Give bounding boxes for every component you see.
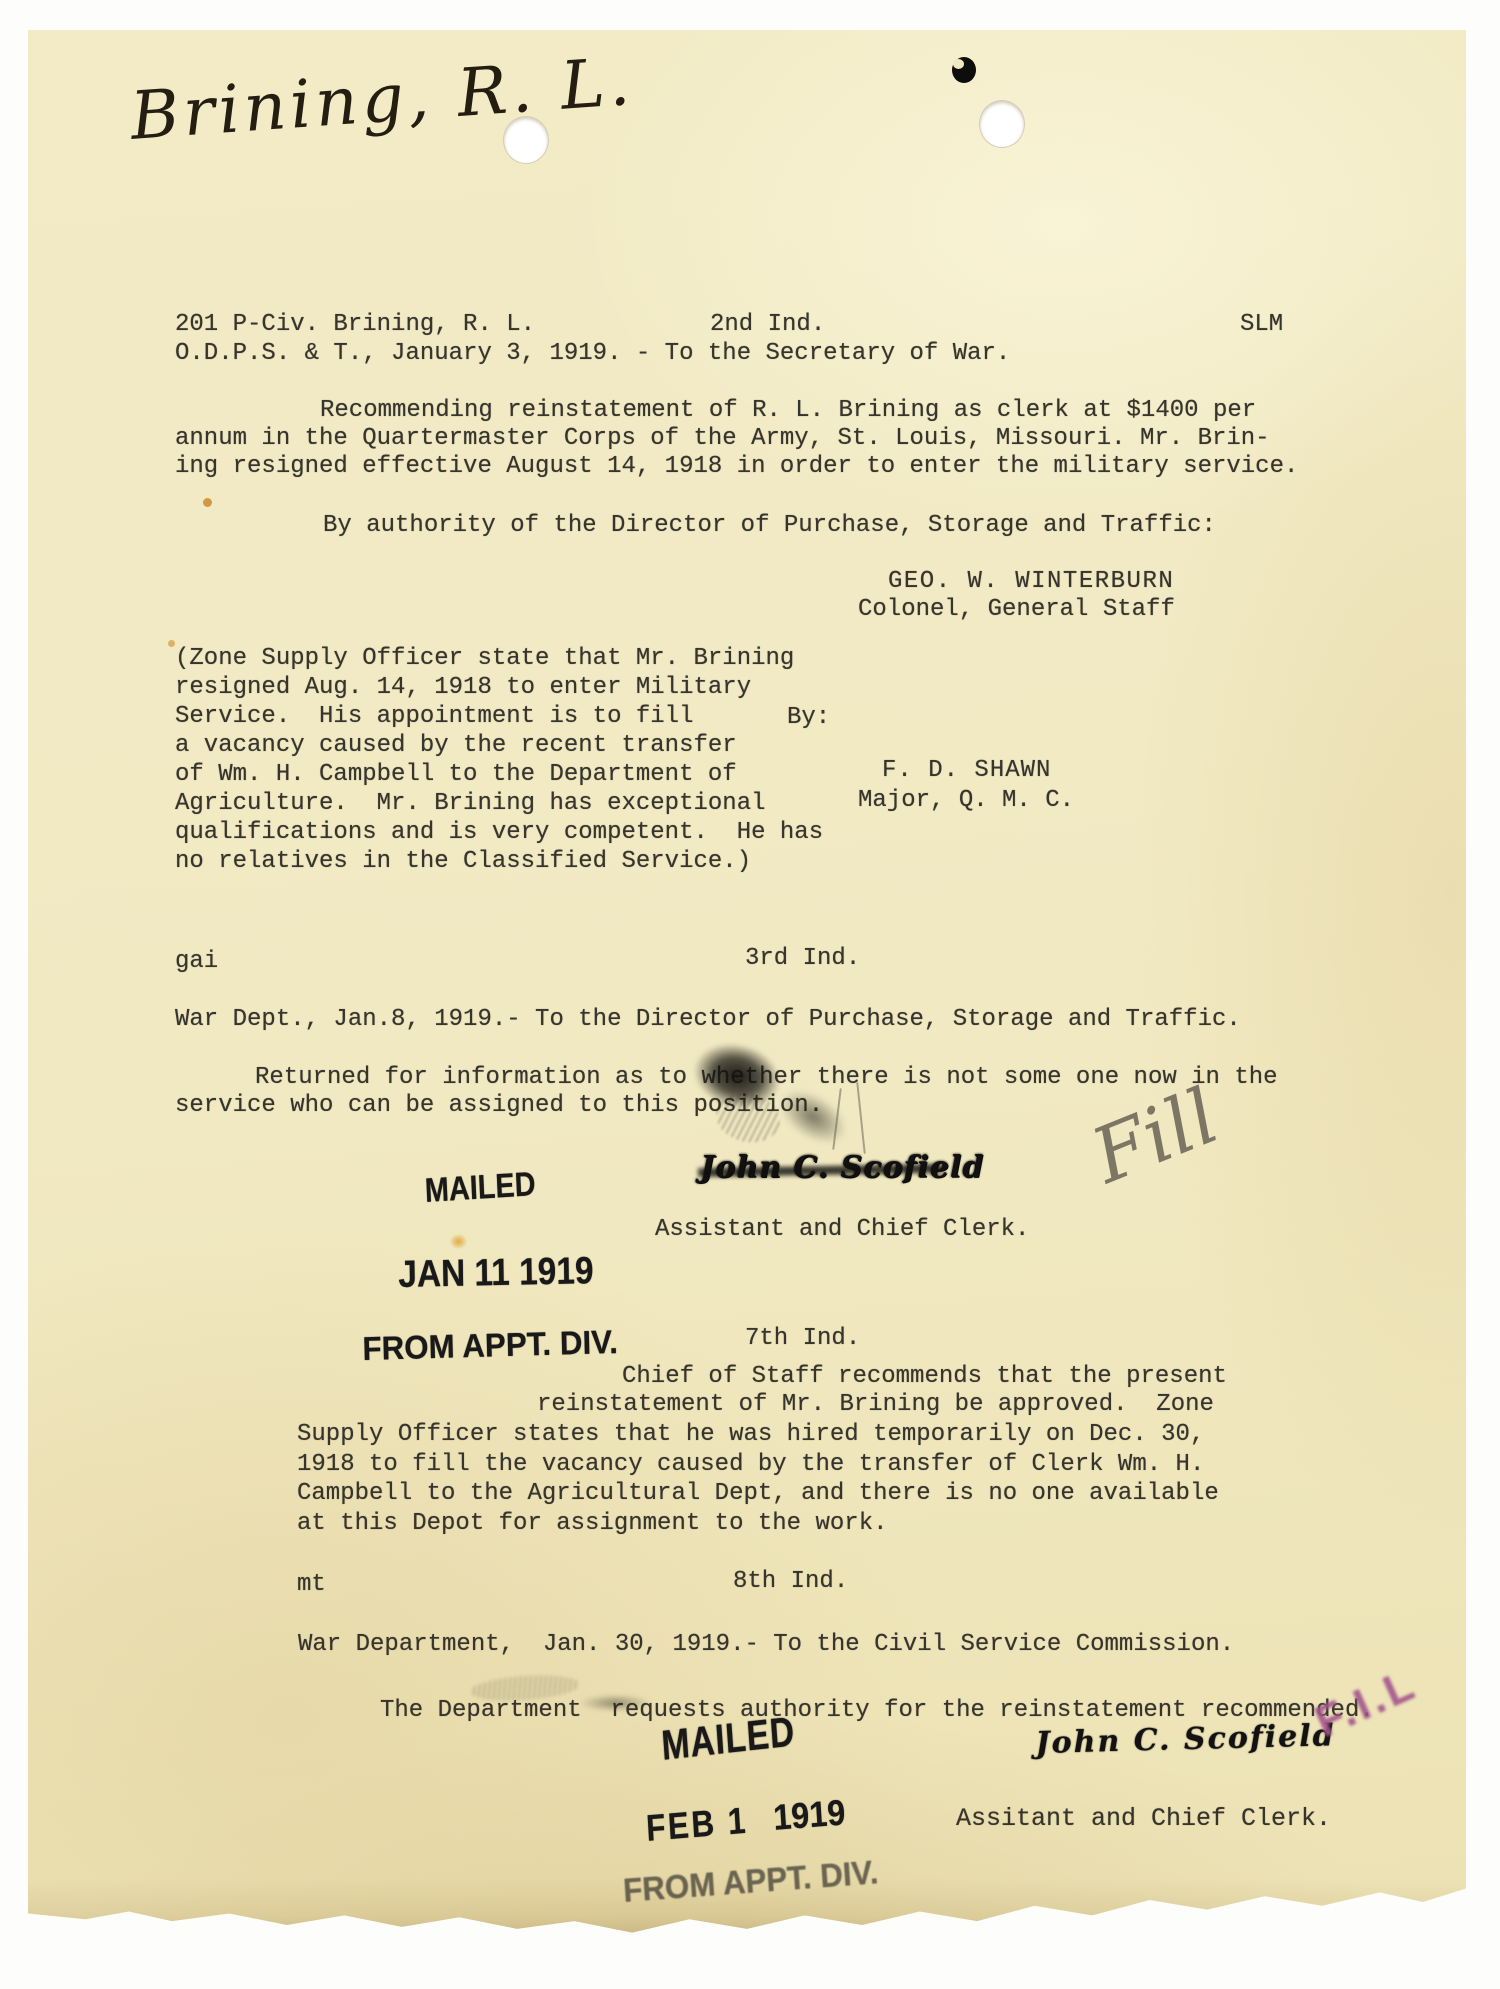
signer-title: Colonel, General Staff [858, 596, 1175, 624]
signature-title-8th: Assitant and Chief Clerk. [956, 1805, 1331, 1833]
zone-note-line-2: resigned Aug. 14, 1918 to enter Military [175, 674, 751, 702]
by-label: By: [787, 704, 830, 732]
zone-note-line-4: a vacancy caused by the recent transfer [175, 732, 737, 760]
indorsement-7-label: 7th Ind. [745, 1325, 860, 1353]
date-stamp-feb-month: FEB 1 [645, 1800, 749, 1850]
body-2nd-line-2: annum in the Quartermaster Corps of the … [175, 425, 1270, 453]
body-2nd-line-3: ing resigned effective August 14, 1918 i… [175, 453, 1298, 481]
zone-note-line-7: qualifications and is very competent. He… [175, 819, 823, 847]
origin-line-2nd: O.D.P.S. & T., January 3, 1919. - To the… [175, 340, 1010, 368]
origin-line-8th: War Department, Jan. 30, 1919.- To the C… [298, 1631, 1234, 1659]
zone-note-line-8: no relatives in the Classified Service.) [175, 848, 751, 876]
ink-dot [952, 57, 976, 83]
countersigner-name: F. D. SHAWN [882, 757, 1051, 785]
origin-line-3rd: War Dept., Jan.8, 1919.- To the Director… [175, 1006, 1241, 1034]
signature-title-3rd: Assistant and Chief Clerk. [655, 1216, 1029, 1244]
punch-hole-right [979, 100, 1025, 148]
from-appt-div-stamp-1: FROM APPT. DIV. [362, 1323, 618, 1368]
body-7th-line-3: Supply Officer states that he was hired … [297, 1421, 1204, 1449]
stain-speck [168, 640, 175, 647]
authority-line: By authority of the Director of Purchase… [323, 512, 1216, 540]
body-2nd-line-1: Recommending reinstatement of R. L. Brin… [320, 397, 1256, 425]
body-7th-line-4: 1918 to fill the vacancy caused by the t… [297, 1451, 1204, 1479]
countersigner-title: Major, Q. M. C. [858, 787, 1074, 815]
typist-initials-3rd: gai [175, 948, 218, 976]
zone-note-line-6: Agriculture. Mr. Brining has exceptional [175, 790, 766, 818]
mailed-stamp-1: MAILED [424, 1165, 536, 1211]
date-stamp-feb-year: 1919 [772, 1791, 847, 1838]
stain-speck [203, 498, 212, 507]
scanned-document: Brining, R. L. 201 P-Civ. Brining, R. L.… [0, 0, 1500, 1989]
body-7th-line-1: Chief of Staff recommends that the prese… [622, 1363, 1227, 1391]
slm-initials: SLM [1240, 311, 1283, 339]
indorsement-8-label: 8th Ind. [733, 1568, 848, 1596]
indorsement-3-label: 3rd Ind. [745, 945, 860, 973]
wax-speck [450, 1234, 467, 1249]
date-stamp-jan-11-1919: JAN 11 1919 [398, 1250, 594, 1297]
overtype-smudge [570, 1692, 660, 1714]
zone-note-line-3: Service. His appointment is to fill [175, 703, 693, 731]
signer-name: GEO. W. WINTERBURN [888, 568, 1174, 596]
body-7th-line-6: at this Depot for assignment to the work… [297, 1510, 888, 1538]
body-7th-line-5: Campbell to the Agricultural Dept, and t… [297, 1480, 1219, 1508]
zone-note-line-1: (Zone Supply Officer state that Mr. Brin… [175, 645, 794, 673]
reference-line: 201 P-Civ. Brining, R. L. [175, 311, 535, 339]
zone-note-line-5: of Wm. H. Campbell to the Department of [175, 761, 737, 789]
indorsement-2-label: 2nd Ind. [710, 311, 825, 339]
typist-initials-8th: mt [297, 1571, 326, 1599]
body-7th-line-2: reinstatement of Mr. Brining be approved… [537, 1391, 1214, 1419]
